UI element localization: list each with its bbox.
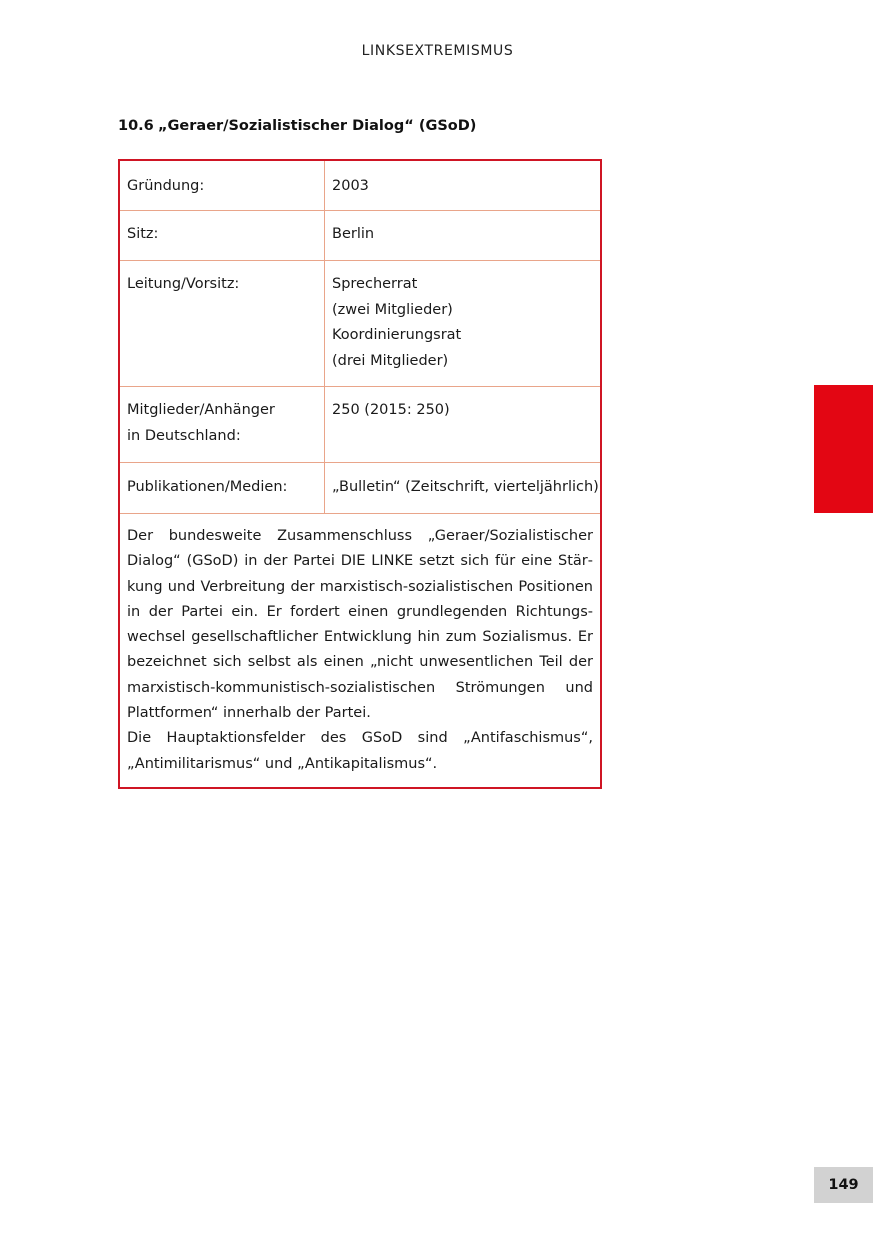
chapter-side-tab: [814, 385, 873, 513]
running-head: LINKSEXTREMISMUS: [0, 43, 875, 59]
section-number: 10.6: [118, 118, 158, 134]
description-paragraph: Die Hauptaktionsfelder des GSoD sind „An…: [127, 726, 593, 777]
label-line: Mitglieder/Anhänger: [127, 398, 324, 424]
label-line: in Deutschland:: [127, 424, 324, 450]
info-row-seat: Sitz: Berlin: [120, 211, 600, 261]
value-publications: „Bulletin“ (Zeitschrift, vierteljährlich…: [325, 463, 600, 513]
info-row-founding: Gründung: 2003: [120, 161, 600, 211]
page-number: 149: [814, 1167, 873, 1203]
info-row-members: Mitglieder/Anhänger in Deutschland: 250 …: [120, 387, 600, 463]
value-founding: 2003: [325, 161, 600, 210]
value-line: (drei Mitglieder): [332, 349, 600, 375]
label-publications: Publikationen/Medien:: [120, 463, 325, 513]
value-members: 250 (2015: 250): [325, 387, 600, 462]
description-text: Der bundesweite Zusammenschluss „Geraer/…: [120, 514, 600, 787]
value-line: Sprecherrat: [332, 272, 600, 298]
label-members: Mitglieder/Anhänger in Deutschland:: [120, 387, 325, 462]
label-leadership: Leitung/Vorsitz:: [120, 261, 325, 386]
organization-infobox: Gründung: 2003 Sitz: Berlin Leitung/Vors…: [118, 159, 602, 789]
label-seat: Sitz:: [120, 211, 325, 260]
section-heading: 10.6„Geraer/Sozialistischer Dialog“ (GSo…: [118, 118, 476, 134]
value-line: Koordinierungsrat: [332, 323, 600, 349]
value-line: (zwei Mitglieder): [332, 298, 600, 324]
value-leadership: Sprecherrat (zwei Mitglieder) Koordinier…: [325, 261, 600, 386]
value-seat: Berlin: [325, 211, 600, 260]
description-paragraph: Der bundesweite Zusammenschluss „Geraer/…: [127, 524, 593, 726]
info-row-publications: Publikationen/Medien: „Bulletin“ (Zeitsc…: [120, 463, 600, 514]
info-row-leadership: Leitung/Vorsitz: Sprecherrat (zwei Mitgl…: [120, 261, 600, 387]
label-founding: Gründung:: [120, 161, 325, 210]
section-title: „Geraer/Sozialistischer Dialog“ (GSoD): [158, 118, 476, 134]
